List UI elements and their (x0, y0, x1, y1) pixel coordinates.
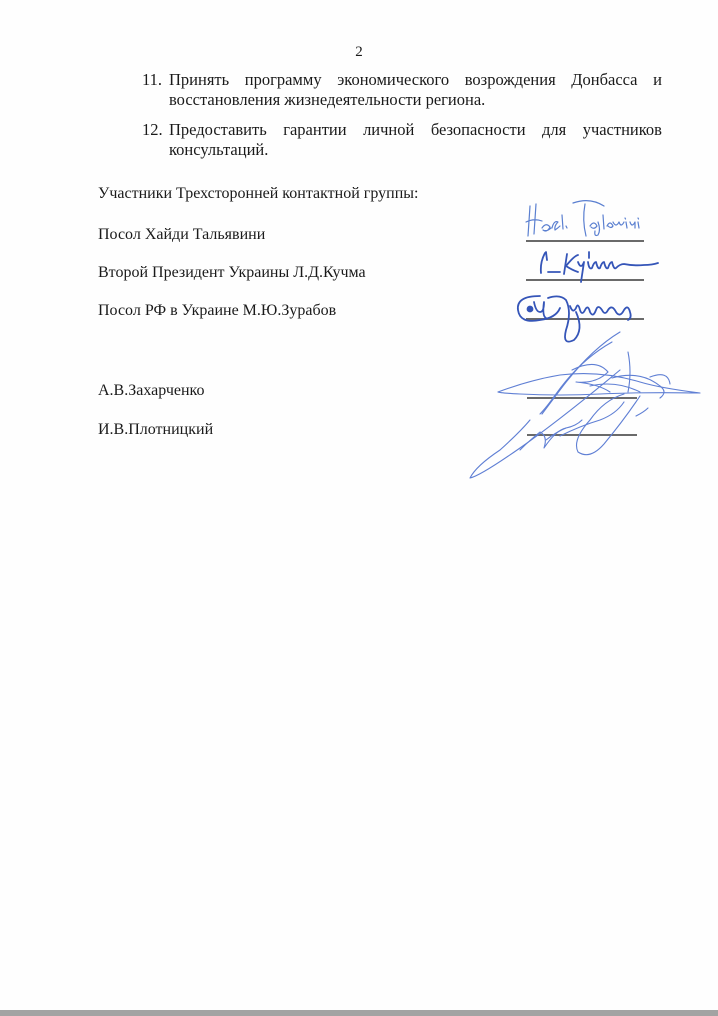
signatory-name: И.В.Плотницкий (98, 421, 213, 439)
signature-line (526, 240, 644, 242)
signature-plotnitsky (470, 370, 648, 478)
item-text-line1: Принятьпрограммуэкономическоговозрождени… (142, 70, 662, 90)
word: гарантии (283, 120, 346, 140)
signature-line (527, 397, 637, 399)
word: и (653, 70, 662, 90)
signatory-name: Посол РФ в Украине М.Ю.Зурабов (98, 302, 336, 320)
word: участников (583, 120, 662, 140)
signature-zakharchenko (498, 332, 700, 414)
word: возрождения (465, 70, 556, 90)
word: Донбасса (571, 70, 637, 90)
participants-heading: Участники Трехсторонней контактной групп… (98, 185, 418, 203)
item-text-line2: консультаций. (142, 140, 662, 160)
page-bottom-edge (0, 1010, 718, 1016)
page-number: 2 (0, 44, 718, 61)
item-number: 12. (142, 120, 169, 140)
word: личной (363, 120, 414, 140)
signature-tagliavini (526, 201, 639, 236)
word: Предоставить (169, 120, 267, 140)
signatory-name: А.В.Захарченко (98, 382, 205, 400)
signature-kuchma (541, 252, 658, 282)
item-text-line1: Предоставитьгарантииличнойбезопасностидл… (142, 120, 662, 140)
signature-line (527, 434, 637, 436)
word: безопасности (431, 120, 526, 140)
word: для (542, 120, 566, 140)
word: Принять (169, 70, 229, 90)
signatory-name: Посол Хайди Тальявини (98, 226, 265, 244)
word: программу (245, 70, 322, 90)
word: экономического (337, 70, 449, 90)
signature-line (526, 318, 644, 320)
list-item-11: 11. Принятьпрограммуэкономическоговозрож… (142, 70, 662, 110)
signatory-name: Второй Президент Украины Л.Д.Кучма (98, 264, 366, 282)
item-number: 11. (142, 70, 169, 90)
signature-line (526, 279, 644, 281)
document-page: 2 11. Принятьпрограммуэкономическоговозр… (0, 0, 718, 1010)
list-item-12: 12. Предоставитьгарантииличнойбезопаснос… (142, 120, 662, 160)
item-text-line2: восстановления жизнедеятельности региона… (142, 90, 662, 110)
